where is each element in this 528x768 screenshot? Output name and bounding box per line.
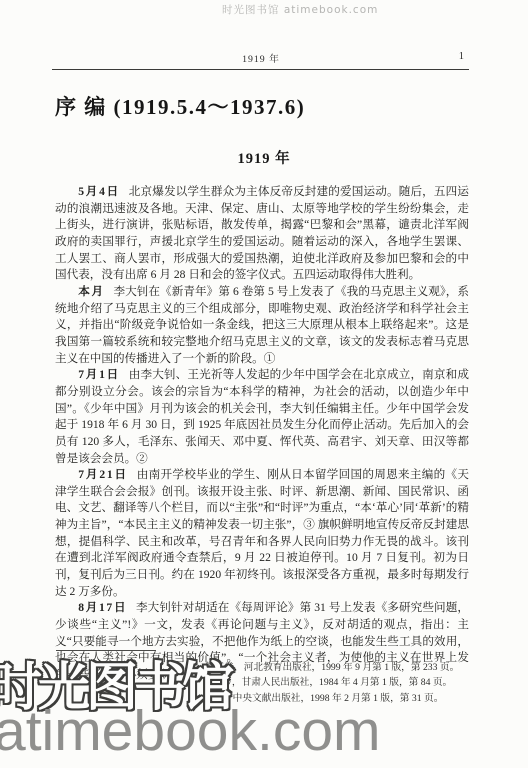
running-title: 1919 年 [52,51,470,65]
page-number: 1 [459,51,464,62]
header-rule [52,69,469,70]
entry-date-lead: 5月4日 [78,185,120,198]
entry-text: 由南开学校毕业的学生、刚从日本留学回国的周恩来主编的《天津学生联合会会报》创刊。… [55,468,469,598]
paragraph-entry: 5月4日北京爆发以学生群众为主体反帝反封建的爱国运动。随后，五四运动的浪潮迅速波… [55,184,469,284]
book-title: 序 编 (1919.5.4～1937.6) [55,91,305,121]
top-watermark: 时光图书馆 atimebook.com [222,2,378,17]
entry-date-lead: 7月1日 [78,368,120,381]
entry-text: 李大钊在《新青年》第 6 卷第 5 号上发表了《我的马克思主义观》，系统地介绍了… [55,285,469,365]
scanned-book-page: 时光图书馆 atimebook.com 1919 年 1 序 编 (1919.5… [0,0,528,768]
entry-date-lead: 8月17日 [78,601,127,614]
paragraph-entry: 本月李大钊在《新青年》第 6 卷第 5 号上发表了《我的马克思主义观》，系统地介… [55,284,469,367]
page-header: 1919 年 1 [52,51,470,65]
entry-date-lead: 7月21日 [78,468,128,481]
paragraph-entry: 7月1日由李大钊、王光祈等人发起的少年中国学会在北京成立，南京和成都分别设立分会… [55,367,469,467]
entry-text: 由李大钊、王光祈等人发起的少年中国学会在北京成立，南京和成都分别设立分会。该会的… [55,368,469,464]
bottom-watermark-url: atimebook.com [0,698,381,764]
paragraph-entry: 7月21日由南开学校毕业的学生、刚从日本留学回国的周恩来主编的《天津学生联合会会… [55,467,469,600]
entry-date-lead: 本月 [78,285,105,298]
entry-text: 北京爆发以学生群众为主体反帝反封建的爱国运动。随后，五四运动的浪潮迅速波及各地。… [55,185,469,281]
body-text: 5月4日北京爆发以学生群众为主体反帝反封建的爱国运动。随后，五四运动的浪潮迅速波… [55,184,469,684]
section-heading: 1919 年 [0,147,528,168]
